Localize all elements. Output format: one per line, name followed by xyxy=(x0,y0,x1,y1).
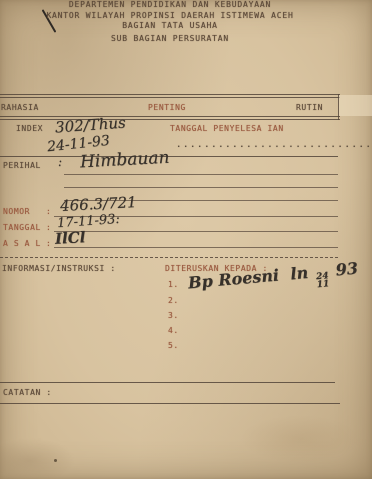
nomor-colon: : xyxy=(46,207,51,217)
note-date-denominator: 11 xyxy=(316,280,329,289)
perihal-label: PERIHAL xyxy=(3,161,41,171)
tanggal-colon: : xyxy=(46,223,51,233)
perihal-line-2 xyxy=(64,187,338,188)
letterhead: DEPARTEMEN PENDIDIKAN DAN KEBUDAYAAN KAN… xyxy=(0,0,340,44)
index-handwritten-number: 302/Thus xyxy=(54,114,126,137)
letterhead-line-2: KANTOR WILAYAH PROPINSI DAERAH ISTIMEWA … xyxy=(0,11,340,22)
informasi-label: INFORMASI/INSTRUKSI : xyxy=(2,264,116,274)
asal-line xyxy=(54,247,338,248)
classification-secret: RAHASIA xyxy=(1,103,39,113)
tanggal-line xyxy=(54,231,338,232)
catatan-label: CATATAN : xyxy=(3,388,52,398)
diteruskan-item-5: 5. xyxy=(168,341,179,351)
rule-section-divider xyxy=(0,257,338,258)
index-label: INDEX xyxy=(16,124,43,134)
rule-top-outer xyxy=(0,94,340,95)
classification-routine: RUTIN xyxy=(296,103,323,113)
classification-important: PENTING xyxy=(148,103,186,113)
diteruskan-item-4: 4. xyxy=(168,326,179,336)
perihal-line-1 xyxy=(64,174,338,175)
completion-date-label: TANGGAL PENYELESA IAN xyxy=(170,124,284,134)
nomor-label: NOMOR xyxy=(3,207,30,217)
rule-top-inner xyxy=(0,97,340,98)
rule-class-outer xyxy=(0,116,340,117)
asal-label: A S A L xyxy=(3,239,41,249)
tanggal-label: TANGGAL xyxy=(3,223,41,233)
paper-stain xyxy=(240,415,360,463)
asal-handwritten-value: IlCl xyxy=(55,228,86,248)
paper-stain xyxy=(0,438,75,479)
disposition-form-scan: DEPARTEMEN PENDIDIKAN DAN KEBUDAYAAN KAN… xyxy=(0,0,372,479)
letterhead-line-3: BAGIAN TATA USAHA xyxy=(0,21,340,32)
nomor-handwritten-value: 466.3/721 xyxy=(60,193,137,215)
note-initial: ln xyxy=(290,263,309,283)
diteruskan-item-2: 2. xyxy=(168,296,179,306)
paper-speck xyxy=(54,459,57,462)
note-year: 93 xyxy=(335,259,359,280)
note-date-fraction: 24 11 xyxy=(316,272,330,289)
completion-date-dotted-line: .............................. xyxy=(176,140,372,150)
asal-colon: : xyxy=(46,239,51,249)
letterhead-line-4: SUB BAGIAN PERSURATAN xyxy=(0,34,340,45)
rule-catatan-bottom xyxy=(0,403,340,404)
diteruskan-item-3: 3. xyxy=(168,311,179,321)
letterhead-line-1: DEPARTEMEN PENDIDIKAN DAN KEBUDAYAAN xyxy=(0,0,340,11)
rule-class-inner xyxy=(0,119,340,120)
perihal-colon: : xyxy=(58,155,62,169)
paper-light-patch xyxy=(339,95,372,116)
rule-catatan-top xyxy=(0,382,335,383)
diteruskan-item-1: 1. xyxy=(168,280,179,290)
perihal-handwritten-value: Himbauan xyxy=(80,148,170,173)
